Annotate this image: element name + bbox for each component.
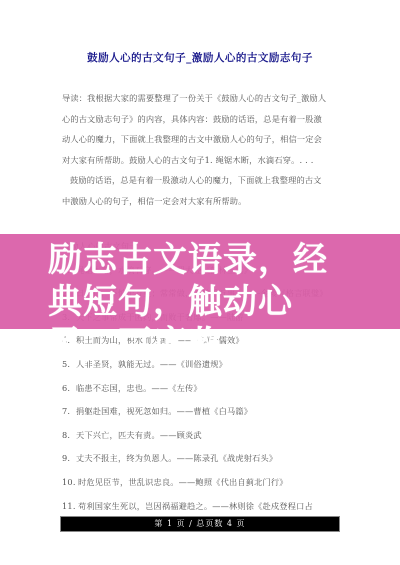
list-item: 10.时危见臣节，世乱识忠良。——鲍照《代出自蓟北门行》 <box>62 471 340 495</box>
list-item-text: 丈夫不报主，终为负恩人。——陈录孔《战虎射石头》 <box>76 453 277 463</box>
headline-banner: 励志古文语录，经典短句，触动心灵，百度收 <box>0 234 400 329</box>
list-item-text: 临患不忘国，忠也。——《左传》 <box>76 383 202 393</box>
list-item-number: 7. <box>62 400 74 424</box>
document-title: 鼓励人心的古文句子_激励人心的古文励志句子 <box>60 50 340 65</box>
list-item: 9.丈夫不报主，终为负恩人。——陈录孔《战虎射石头》 <box>62 447 340 471</box>
list-item-number: 10. <box>62 471 76 495</box>
intro-line: 对大家有所帮助。鼓励人心的古文句子1. 绳锯木断，水滴石穿。. . . <box>62 150 340 171</box>
list-item-text: 捐躯赴国难，视死忽如归。——曹植《白马篇》 <box>76 406 252 416</box>
list-item: 11.苟利国家生死以，岂因祸福避趋之。——林则徐《赴戍登程口占 <box>62 495 340 519</box>
list-item-number: 8. <box>62 424 74 448</box>
intro-line: 心的古文励志句子》的内容，具体内容：鼓励的话语，总是有着一股激 <box>62 109 340 130</box>
list-item: 8.天下兴亡，匹夫有责。——顾炎武 <box>62 424 340 448</box>
paragraph-line: 中激励人心的句子，相信一定会对大家有所帮助。 <box>62 191 340 212</box>
list-item-number: 9. <box>62 447 74 471</box>
intro-line: 导读：我根据大家的需要整理了一份关于《鼓励人心的古文句子_激励人 <box>62 88 340 109</box>
list-item-text: 苟利国家生死以，岂因祸福避趋之。——林则徐《赴戍登程口占 <box>78 501 313 511</box>
list-item-number: 11. <box>62 495 76 519</box>
intro-line: 动人心的魔力，下面就上我整理的古文中激励人心的句子，相信一定会 <box>62 129 340 150</box>
list-item-text: 时危见臣节，世乱识忠良。——鲍照《代出自蓟北门行》 <box>78 477 288 487</box>
list-item-number: 6. <box>62 377 74 401</box>
list-item-text: 天下兴亡，匹夫有责。——顾炎武 <box>76 430 202 440</box>
document-intro: 导读：我根据大家的需要整理了一份关于《鼓励人心的古文句子_激励人 心的古文励志句… <box>62 88 340 211</box>
page-indicator: 第 1 页 / 总页数 4 页 <box>60 516 340 532</box>
list-item: 7.捐躯赴国难，视死忽如归。——曹植《白马篇》 <box>62 400 340 424</box>
paragraph-line: 鼓励的话语，总是有着一股激动人心的魔力，下面就上我整理的古文 <box>62 170 340 191</box>
banner-headline: 励志古文语录，经典短句，触动心灵，百度收 <box>48 239 358 365</box>
list-item: 6.临患不忘国，忠也。——《左传》 <box>62 377 340 401</box>
